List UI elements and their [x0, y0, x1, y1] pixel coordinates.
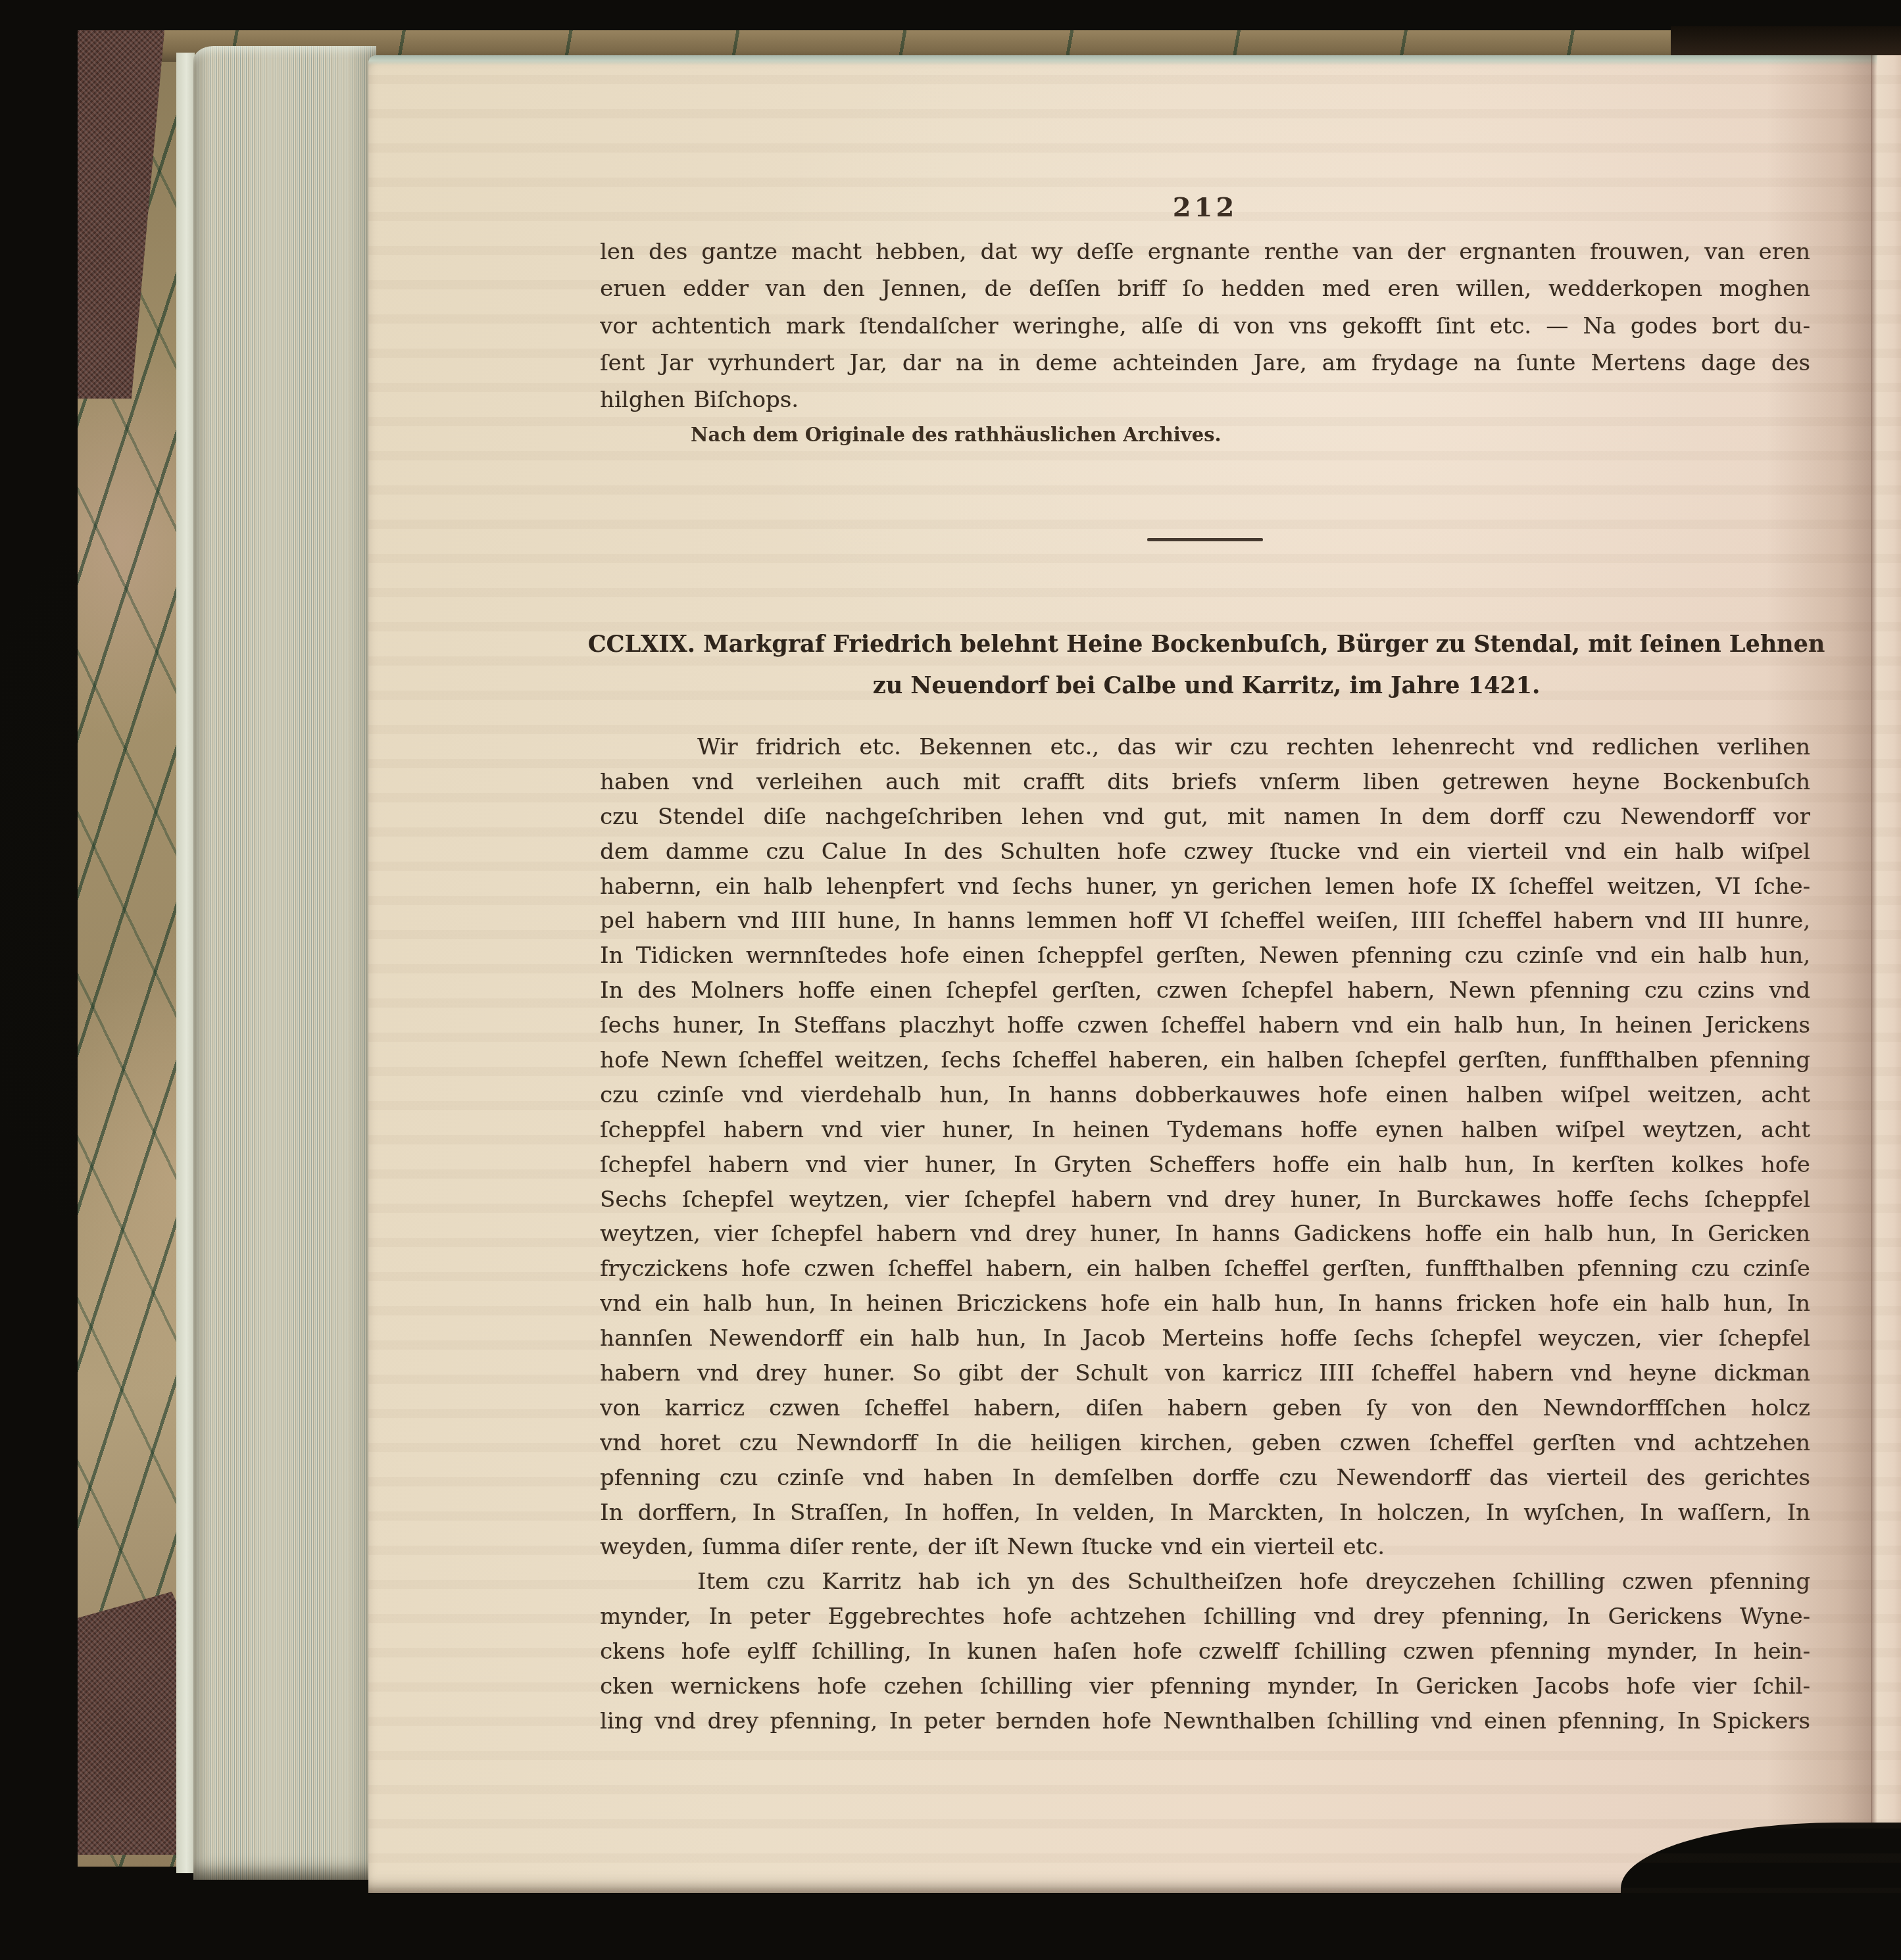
text-line: hannſen Newendorff ein halb hun, In Jaco… — [600, 1321, 1810, 1356]
page-stack-edges — [193, 46, 376, 1880]
section-divider-rule — [1147, 538, 1263, 541]
text-line: cken wernickens hofe czehen ſchilling vi… — [600, 1669, 1810, 1704]
text-line: ſechs huner, In Steffans placzhyt hoffe … — [600, 1008, 1810, 1043]
text-line: vnd ein halb hun, In heinen Briczickens … — [600, 1286, 1810, 1321]
page-top-edge-band — [368, 55, 1901, 65]
text-line: eruen edder van den Jennen, de deſſen br… — [600, 270, 1810, 307]
gutter-crease — [1871, 55, 1877, 1893]
text-line: haben vnd verleihen auch mit crafft dits… — [600, 765, 1810, 800]
gutter-shadow — [1767, 55, 1872, 1893]
text-line: vnd horet czu Newndorff In die heiligen … — [600, 1426, 1810, 1461]
text-line: Item czu Karritz hab ich yn des Schulthe… — [600, 1565, 1810, 1600]
text-line: mynder, In peter Eggebrechtes hofe achtz… — [600, 1600, 1810, 1634]
text-line: hofe Newn ſcheffel weitzen, ſechs ſcheff… — [600, 1043, 1810, 1078]
text-line: habernn, ein halb lehenpfert vnd ſechs h… — [600, 870, 1810, 904]
gutter-page-fold — [1877, 55, 1901, 1893]
text-line: Wir fridrich etc. Bekennen etc., das wir… — [600, 730, 1810, 765]
text-line: vor achtentich mark ſtendalſcher weringh… — [600, 308, 1810, 345]
text-line: weytzen, vier ſchepfel habern vnd drey h… — [600, 1217, 1810, 1252]
text-line: len des gantze macht hebben, dat wy deſſ… — [600, 233, 1810, 270]
book-page: 212 len des gantze macht hebben, dat wy … — [368, 55, 1901, 1893]
text-line: ſcheppfel habern vnd vier huner, In hein… — [600, 1113, 1810, 1148]
text-line: ſent Jar vyrhundert Jar, dar na in deme … — [600, 345, 1810, 381]
text-line: fryczickens hofe czwen ſcheffel habern, … — [600, 1252, 1810, 1286]
text-line: pel habern vnd IIII hune, In hanns lemme… — [600, 904, 1810, 939]
flyleaf-edge — [176, 53, 195, 1873]
page-curl-shadow — [1621, 1823, 1901, 1898]
continuation-paragraph: len des gantze macht hebben, dat wy deſſ… — [600, 233, 1810, 418]
text-line: czu Stendel diſe nachgeſchriben lehen vn… — [600, 800, 1810, 835]
entry-paragraph-1: Wir fridrich etc. Bekennen etc., das wir… — [600, 730, 1810, 1565]
text-line: CCLXIX. Markgraf Friedrich belehnt Heine… — [585, 624, 1827, 665]
text-line: Sechs ſchepfel weytzen, vier ſchepfel ha… — [600, 1183, 1810, 1217]
text-line: ckens hofe eylff ſchilling, In kunen haſ… — [600, 1634, 1810, 1669]
text-line: In dorffern, In Straſſen, In hoffen, In … — [600, 1496, 1810, 1531]
text-line: ling vnd drey pfenning, In peter bernden… — [600, 1704, 1810, 1739]
text-line: dem damme czu Calue In des Schulten hofe… — [600, 835, 1810, 870]
page-number: 212 — [600, 192, 1810, 223]
text-line: pfenning czu czinſe vnd haben In demſelb… — [600, 1461, 1810, 1496]
entry-paragraph-2: Item czu Karritz hab ich yn des Schulthe… — [600, 1565, 1810, 1738]
text-line: ſchepfel habern vnd vier huner, In Gryte… — [600, 1148, 1810, 1183]
text-line: czu czinſe vnd vierdehalb hun, In hanns … — [600, 1078, 1810, 1113]
text-line: weyden, ſumma diſer rente, der iſt Newn … — [600, 1530, 1810, 1565]
text-line: In des Molners hoffe einen ſchepfel gerſ… — [600, 973, 1810, 1008]
text-line: zu Neuendorf bei Calbe und Karritz, im J… — [585, 665, 1827, 706]
source-note: Nach dem Originale des rathhäuslichen Ar… — [691, 422, 1222, 448]
book-photo-scene: 212 len des gantze macht hebben, dat wy … — [0, 0, 1901, 1960]
text-line: In Tidicken wernnſtedes hofe einen ſchep… — [600, 939, 1810, 973]
text-line: von karricz czwen ſcheffel habern, diſen… — [600, 1391, 1810, 1426]
text-line: habern vnd drey huner. So gibt der Schul… — [600, 1356, 1810, 1391]
entry-body: Wir fridrich etc. Bekennen etc., das wir… — [600, 730, 1810, 1739]
entry-heading: CCLXIX. Markgraf Friedrich belehnt Heine… — [585, 624, 1827, 706]
text-line: hilghen Biſchops. — [600, 381, 1810, 418]
